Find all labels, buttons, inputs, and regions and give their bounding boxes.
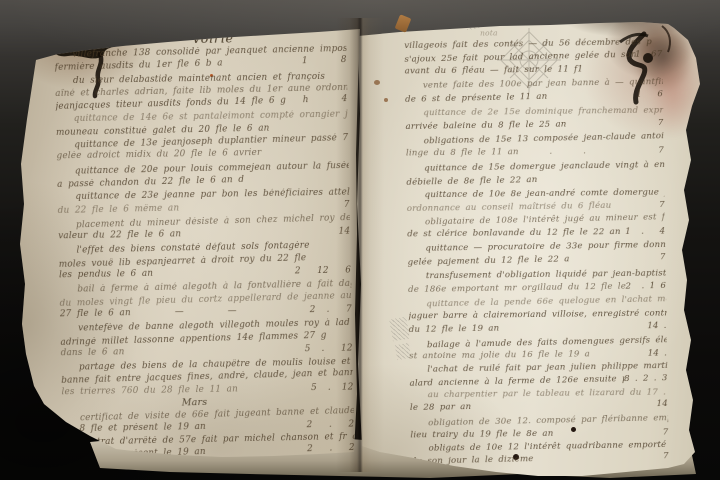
line-amount: 7 xyxy=(658,117,672,127)
line-amount: 14 . xyxy=(647,321,675,331)
line-text: quittance de la pende 66e quelogue en l'… xyxy=(426,294,666,309)
manuscript-line: avant du 6 fléau — fait sur le 11 f1 xyxy=(405,63,671,79)
line-amount: 7 xyxy=(660,252,674,262)
line-amount: 14 xyxy=(656,399,675,409)
line-amount: h 4 xyxy=(303,94,356,105)
manuscript-line: au charpentier par le tableau et lizarar… xyxy=(410,387,676,403)
line-amount: 1 8 xyxy=(302,55,355,66)
manuscript-line: de st clérice bonlavande du 12 fle le 22… xyxy=(407,226,673,242)
line-amount: 1 . 4 xyxy=(625,226,673,237)
fold-paper-sliver xyxy=(395,14,412,32)
line-text: quittance de 2e 15e dominique francheman… xyxy=(423,105,663,118)
manuscript-text-left: Voirievillefranche 138 consolidé par jea… xyxy=(54,28,363,462)
line-amount: 14 . xyxy=(648,349,676,359)
line-text: bailage à l'amude des faits domengues ge… xyxy=(427,335,667,350)
line-amount: 7 xyxy=(342,133,356,143)
line-amount: 7 xyxy=(658,145,672,155)
line-text: ordonnance au conseil maîtrisé du 6 fléa… xyxy=(407,201,612,214)
line-text: transfusement d'obligation liquidé par j… xyxy=(426,268,666,281)
line-text: dans le 6 an xyxy=(61,347,125,358)
line-text: obligation de 30e 12. composé par flérib… xyxy=(428,413,668,428)
line-text: valeur du 22 fle le 6 an xyxy=(58,229,181,241)
line-text: lieu trairy du 19 fle le 8e an xyxy=(410,428,553,440)
line-text: st antoine ma jolie du 16 fle le 19 a xyxy=(409,350,590,362)
line-text: Voirie xyxy=(192,30,234,46)
line-amount: 5 . 12 xyxy=(311,382,362,393)
manuscript-text-right: notavillageois fait des contés — du 56 d… xyxy=(404,26,677,469)
line-text: obligations de 15e 13 composée jean-clau… xyxy=(424,131,664,146)
right-page: notavillageois fait des contés — du 56 d… xyxy=(350,14,704,478)
line-text: vente faite des 100e par jean banne à — … xyxy=(423,77,663,91)
line-text: 27 fle le 6 an — — xyxy=(60,306,237,319)
fold-stain-dot xyxy=(384,98,388,102)
line-text: quittance — procuratoire de 33e pour fir… xyxy=(425,240,665,254)
line-text: gelée adroict midix du 20 fle le 6 avrie… xyxy=(56,148,261,161)
left-page: Voirievillefranche 138 consolidé par jea… xyxy=(18,24,360,464)
line-text: de 6 st de présente le 11 an xyxy=(405,92,548,105)
line-text: les trierres 760 du 28 fle le 11 an xyxy=(61,384,238,397)
line-text: Mars xyxy=(182,397,208,409)
line-text: le 28 par an xyxy=(410,402,472,413)
line-text: linge du 8 fle le 11 an . . xyxy=(406,146,586,158)
line-amount: 7 xyxy=(663,451,677,461)
pencil-scribble xyxy=(389,317,410,342)
line-amount: 14 xyxy=(339,226,359,236)
line-amount: 1 67 xyxy=(635,49,670,60)
line-text: de 186e emportant mr orgillaud du 12 fle… xyxy=(408,281,626,294)
line-text: jaguer barre à clairemoriand villoise, e… xyxy=(408,308,666,321)
line-amount: 1 6 xyxy=(636,89,671,100)
line-amount: 8 . 2 . 3 xyxy=(624,373,676,384)
line-text: débielle de 8e fle le 22 an xyxy=(406,174,537,187)
line-text: de st clérice bonlavande du 12 fle le 22… xyxy=(407,226,621,238)
line-text: du 22 fle le 6 même an xyxy=(58,203,180,216)
line-text: au charpentier par le tableau et lizarar… xyxy=(428,387,668,400)
photo-backdrop: notavillageois fait des contés — du 56 d… xyxy=(0,0,720,480)
line-text: arrivée baleine du 8 fle le 25 an xyxy=(405,119,566,132)
line-amount: 2 . 1 6 xyxy=(626,280,675,291)
line-text: du 8 fle et présent le 19 an xyxy=(62,422,206,434)
line-amount: 7 xyxy=(663,427,677,437)
line-text: gelée pajement du 12 fle le 22 a xyxy=(408,254,570,268)
line-text: avant du 6 fléau — fait sur le 11 f1 xyxy=(405,64,584,76)
line-text: du 12 fle le 19 an xyxy=(409,323,500,334)
line-amount: 2 12 6 xyxy=(295,265,359,276)
line-amount: 7 xyxy=(344,199,358,209)
line-amount: 2 . 7 xyxy=(310,304,360,315)
line-text: quittance de 15e domergue jeanclaude vin… xyxy=(424,160,664,174)
line-amount: 7 xyxy=(659,200,673,210)
line-amount: 5 . 12 xyxy=(305,343,361,354)
line-amount: 2 . 2 xyxy=(307,420,363,431)
line-text: nota xyxy=(480,28,498,37)
line-text: quittance de 10e 8e jean-andré comte dom… xyxy=(425,188,665,201)
manuscript-line: linge du 8 fle le 11 an . .7 xyxy=(406,145,672,161)
fold-stain-dot xyxy=(374,80,380,85)
line-text: les pendus le 6 an xyxy=(59,269,153,281)
